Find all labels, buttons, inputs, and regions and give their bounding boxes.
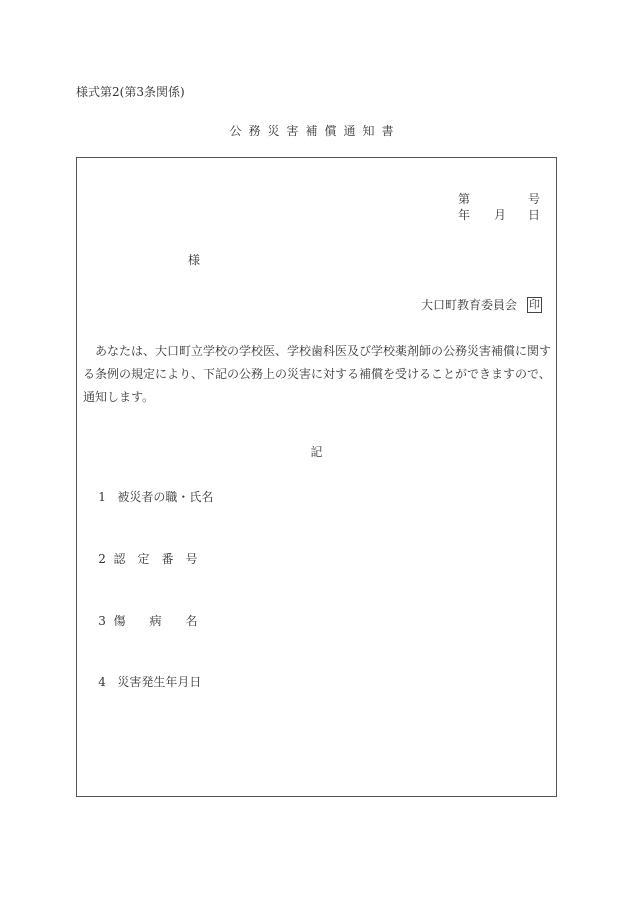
item-1: 1 被災者の職・氏名	[83, 474, 213, 519]
number-prefix: 第	[458, 190, 470, 207]
item-number: 1	[98, 490, 106, 504]
date-year: 年	[458, 206, 470, 223]
item-number: 3	[98, 614, 106, 628]
issuer-name: 大口町教育委員会	[421, 296, 517, 313]
record-mark: 記	[77, 443, 556, 460]
notice-body: あなたは、大口町立学校の学校医、学校歯科医及び学校薬剤師の公務災害補償に関する条…	[83, 340, 551, 409]
issuer-block: 大口町教育委員会 印	[421, 296, 542, 313]
document-title: 公務災害補償通知書	[0, 122, 630, 139]
item-label: 傷 病 名	[114, 614, 198, 628]
form-label: 様式第2(第3条関係)	[76, 83, 185, 100]
addressee-suffix: 様	[188, 251, 200, 268]
item-3: 3 傷 病 名	[83, 598, 198, 643]
notice-frame: 第 号 年 月 日 様 大口町教育委員会 印 あなたは、大口町立学校の学校医、学…	[76, 157, 557, 797]
date-day: 日	[528, 206, 540, 223]
item-label: 認 定 番 号	[114, 552, 198, 566]
item-number: 2	[98, 552, 106, 566]
item-label: 災害発生年月日	[117, 675, 201, 689]
item-2: 2 認 定 番 号	[83, 536, 198, 581]
number-suffix: 号	[528, 190, 540, 207]
seal-mark: 印	[527, 297, 542, 313]
item-number: 4	[98, 675, 106, 689]
date-month: 月	[494, 206, 506, 223]
item-4: 4 災害発生年月日	[83, 659, 201, 704]
item-label: 被災者の職・氏名	[117, 490, 213, 504]
